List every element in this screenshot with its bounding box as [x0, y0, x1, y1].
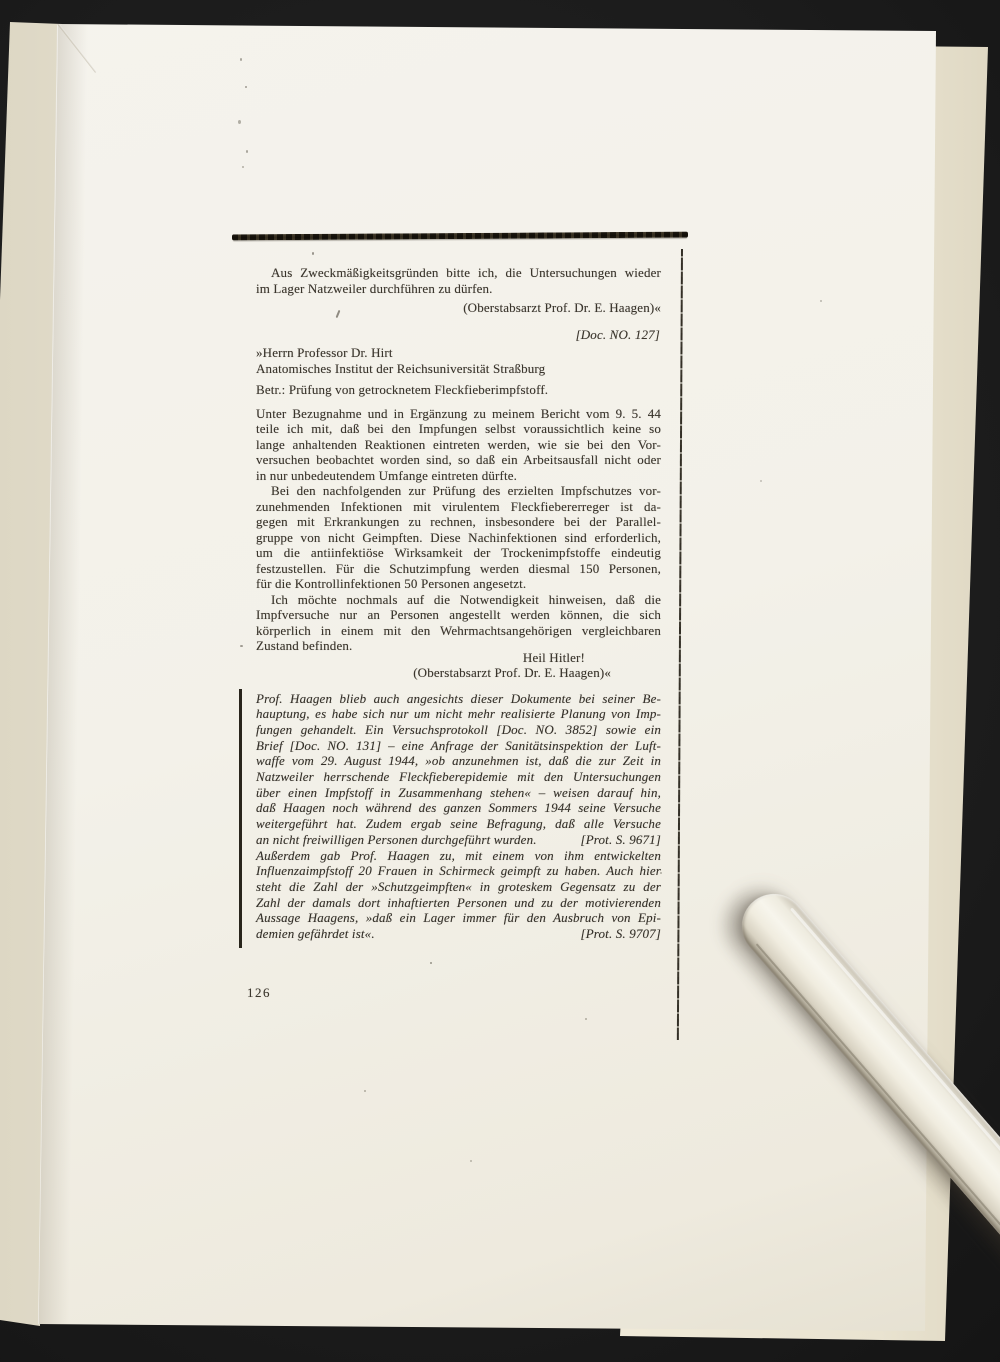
text-line: Aus Zweckmäßigkeitsgründen bitte ich, di…	[256, 265, 661, 281]
text-line: Aussage Haagens, »daß ein Lager immer fü…	[256, 910, 661, 926]
text-line: Prof. Haagen blieb auch angesichts diese…	[256, 691, 661, 707]
signature-line: (Oberstabsarzt Prof. Dr. E. Haagen)«	[256, 665, 661, 681]
print-speck	[238, 120, 241, 124]
text-line: zunehmenden Infektionen mit virulentem F…	[256, 499, 661, 515]
print-speck	[364, 1090, 366, 1092]
text-line: weitergeführt hat. Zudem ergab seine Bef…	[256, 816, 661, 832]
text-line: Unter Bezugnahme und in Ergänzung zu mei…	[256, 406, 661, 422]
text-line: in nur unbedeutendem Umfange eintreten d…	[256, 468, 661, 484]
page-number: 126	[247, 985, 271, 1001]
text-line: Brief [Doc. NO. 131] – eine Anfrage der …	[256, 738, 661, 754]
text-line: Impfversuche nur an Personen angestellt …	[256, 607, 661, 623]
print-speck	[470, 1160, 472, 1162]
book-photo-scan: Aus Zweckmäßigkeitsgründen bitte ich, di…	[0, 0, 1000, 1362]
document-text-block: Aus Zweckmäßigkeitsgründen bitte ich, di…	[256, 265, 661, 948]
commentary-paragraph: [Prot. S. 9707] Außerdem gab Prof. Haage…	[256, 848, 661, 942]
print-speck	[242, 166, 244, 168]
text-line: fungen gehandelt. Ein Versuchsprotokoll …	[256, 722, 661, 738]
text-line: versuchen beobachtet worden sind, so daß…	[256, 452, 661, 468]
book-page: Aus Zweckmäßigkeitsgründen bitte ich, di…	[0, 0, 1000, 1362]
recipient-line: Anatomisches Institut der Reichsuniversi…	[256, 361, 661, 377]
commentary-block: [Prot. S. 9671] Prof. Haagen blieb auch …	[239, 689, 661, 948]
subject-line: Betr.: Prüfung von getrocknetem Fleckfie…	[256, 382, 661, 398]
print-speck	[240, 58, 242, 61]
print-speck	[245, 86, 247, 88]
print-speck	[820, 300, 822, 302]
print-speck	[240, 645, 243, 647]
quoted-request-paragraph: Aus Zweckmäßigkeitsgründen bitte ich, di…	[256, 265, 661, 296]
print-speck	[760, 480, 762, 482]
text-line: im Lager Natzweiler durchführen zu dürfe…	[256, 281, 661, 297]
text-line: Natzweiler herrschende Fleckfieberepidem…	[256, 769, 661, 785]
signature-line: (Oberstabsarzt Prof. Dr. E. Haagen)«	[256, 300, 661, 316]
text-line: Außerdem gab Prof. Haagen zu, mit einem …	[256, 848, 661, 864]
text-line: für die Kontrollinfektionen 50 Personen …	[256, 576, 661, 592]
protocol-ref: [Prot. S. 9707]	[581, 926, 662, 942]
text-line: festzustellen. Für die Schutzimpfung wer…	[256, 561, 661, 577]
print-speck	[585, 1018, 587, 1020]
letter-paragraph: Unter Bezugnahme und in Ergänzung zu mei…	[256, 406, 661, 484]
text-line: steht die Zahl der »Schutzgeimpften« in …	[256, 879, 661, 895]
text-line: Ich möchte nochmals auf die Notwendigkei…	[256, 592, 661, 608]
text-line: gruppe von nicht Geimpften. Diese Nachin…	[256, 530, 661, 546]
facsimile-top-rule	[232, 232, 688, 241]
commentary-paragraph: [Prot. S. 9671] Prof. Haagen blieb auch …	[256, 691, 661, 848]
text-line: über einen Impfstoff in Zusammenhang ste…	[256, 785, 661, 801]
text-line: um die antiinfektiöse Wirksamkeit der Tr…	[256, 545, 661, 561]
text-line: teile ich mit, daß bei den Impfungen sel…	[256, 421, 661, 437]
text-line: hauptung, es habe sich nur um nicht mehr…	[256, 706, 661, 722]
text-line: Zahl der damals dort inhaftierten Person…	[256, 895, 661, 911]
text-line: Influenzaimpfstoff 20 Frauen in Schirmec…	[256, 863, 661, 879]
text-line: gegen mit Erkrankungen zu rechnen, insbe…	[256, 514, 661, 530]
text-line: lange anhaltenden Reaktionen eintreten w…	[256, 437, 661, 453]
text-line: daß Haagen noch während des ganzen Somme…	[256, 800, 661, 816]
text-line: Bei den nachfolgenden zur Prüfung des er…	[256, 483, 661, 499]
protocol-ref: [Prot. S. 9671]	[581, 832, 662, 848]
letter-paragraph: Bei den nachfolgenden zur Prüfung des er…	[256, 483, 661, 592]
document-number-ref: [Doc. NO. 127]	[256, 327, 661, 343]
print-speck	[430, 962, 432, 964]
letter-paragraph: Ich möchte nochmals auf die Notwendigkei…	[256, 592, 661, 654]
facsimile-side-rule	[677, 249, 683, 1040]
print-speck	[312, 252, 314, 255]
text-line: waffe vom 29. August 1944, »ob anzunehme…	[256, 753, 661, 769]
recipient-line: »Herrn Professor Dr. Hirt	[256, 345, 661, 361]
text-line: körperlich in einem mit den Wehrmachtsan…	[256, 623, 661, 639]
print-speck	[246, 150, 248, 153]
